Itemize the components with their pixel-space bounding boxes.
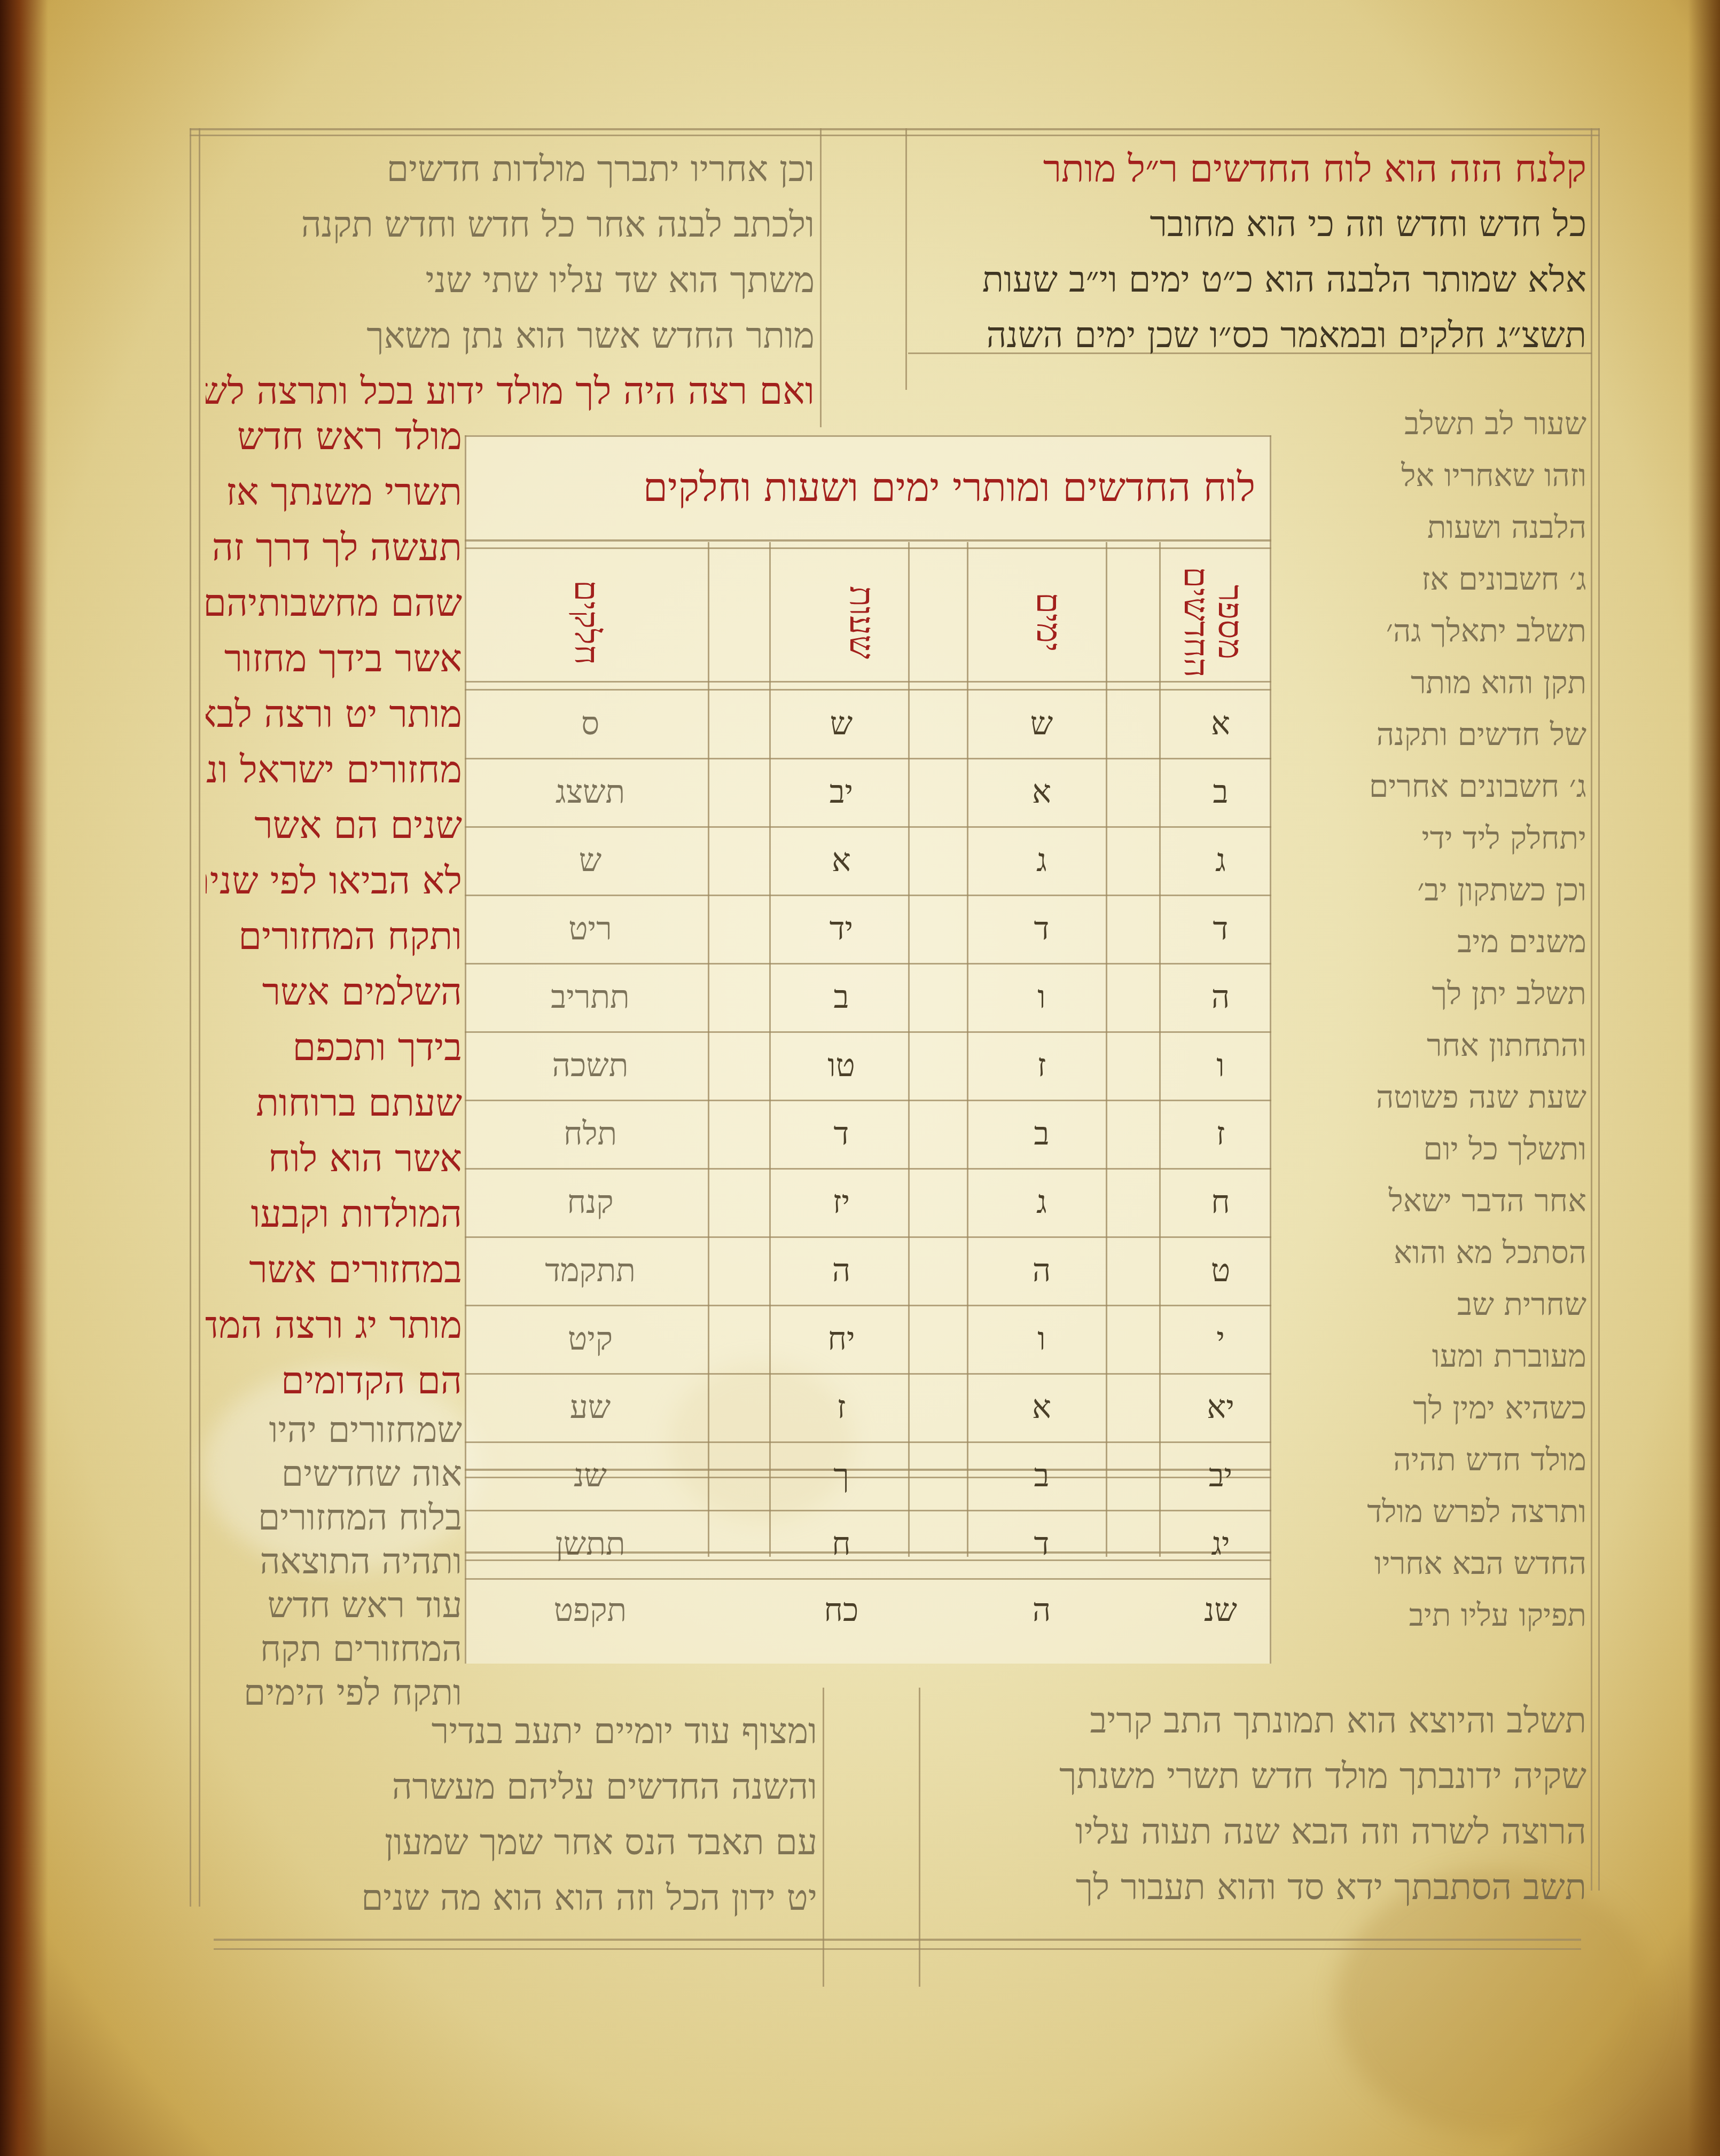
red-line: במחזורים אשר [206, 1242, 462, 1297]
red-line: בידך ותכפם [206, 1020, 462, 1075]
table-row: יויחקיט [465, 1307, 1271, 1375]
text-line: ג׳ חשבונים אחרים [1282, 761, 1586, 812]
row-divider [465, 963, 1271, 965]
cell-hours: ב [777, 978, 905, 1016]
text-line: אוה שחדשים [206, 1452, 462, 1496]
text-line: עם תאבד הנס אחר שמך שמעון [208, 1815, 817, 1870]
parchment-left-edge [0, 0, 48, 2156]
text-line: מותר החדש אשר הוא נתן משאך [206, 308, 815, 364]
cell-parts: שנ [475, 1457, 705, 1494]
frame-top-rule [190, 128, 1600, 130]
text-line: ותרצה לפרש מולד [1282, 1486, 1586, 1538]
cell-months: ח [1170, 1183, 1271, 1221]
text-line: וזהו שאחריו אל [1282, 450, 1586, 501]
cell-months: ז [1170, 1115, 1271, 1153]
text-line: בלוח המחזורים [206, 1496, 462, 1540]
cell-days: א [978, 773, 1106, 811]
row-divider [465, 895, 1271, 896]
top-left-text-block: וכן אחריו יתברך מולדות חדשים ולכתב לבנה … [206, 142, 815, 419]
row-divider [465, 1441, 1271, 1443]
cell-parts: קיט [475, 1320, 705, 1358]
text-line: שמחזורים יהיו [206, 1408, 462, 1452]
text-line: משנים מיב [1282, 916, 1586, 968]
text-line: ומצוף עוד יומיים יתעב בנדיר [208, 1704, 817, 1759]
text-line: וכן כשתקון יב׳ [1282, 864, 1586, 916]
cell-hours: יד [777, 910, 905, 947]
table-total-row: שנ ה כח תקפט [465, 1591, 1271, 1656]
frame-left-rule [190, 128, 191, 1907]
cell-parts: ריט [475, 910, 705, 947]
text-line: תשב הסתבתך ידא סד והוא תעבור לך [929, 1860, 1586, 1915]
text-line: והתחתון אחר [1282, 1020, 1586, 1071]
cell-months: יא [1170, 1389, 1271, 1426]
cell-months: ה [1170, 978, 1271, 1016]
table-row: זבדתלח [465, 1102, 1271, 1170]
red-line: שנים הם אשר [206, 797, 462, 853]
cell-months: ט [1170, 1252, 1271, 1289]
cell-hours: ך [777, 1457, 905, 1494]
cell-hours: טו [777, 1047, 905, 1084]
text-line: יתחלק ליד ידי [1282, 812, 1586, 864]
cell-hours: יח [777, 1320, 905, 1358]
cell-days: ג [978, 842, 1106, 879]
text-line: תשצ״ג חלקים ובמאמר כס״ו שכן ימים השנה [919, 308, 1586, 363]
header-top-rule-2 [465, 547, 1271, 549]
cell-parts: תתשן [475, 1525, 705, 1563]
cell-parts: ש [475, 842, 705, 879]
table-row: חגיזקנח [465, 1170, 1271, 1238]
cell-hours: ד [777, 1115, 905, 1153]
cell-days: ו [978, 1320, 1106, 1358]
red-line: המולדות וקבעו [206, 1186, 462, 1242]
text-line: שקיה ידונבתך מולד חדש תשרי משנתך [929, 1749, 1586, 1804]
text-line: הסתכל מא והוא [1282, 1227, 1586, 1279]
frame-right-rule-2 [1598, 128, 1600, 1891]
row-divider [465, 1168, 1271, 1170]
text-line: כשהיא ימין לך [1282, 1382, 1586, 1434]
table-row: יבבךשנ [465, 1444, 1271, 1512]
text-line: תשלב והיוצא הוא תמונתך התב קריב [929, 1693, 1586, 1749]
table-top-rule [465, 435, 1271, 437]
header-bottom-rule-2 [465, 689, 1271, 691]
text-line: ותשלך כל יום [1282, 1123, 1586, 1175]
red-line: תשרי משנתך אז [206, 464, 462, 520]
text-line: תקן והוא מותר [1282, 657, 1586, 709]
text-line: אלא שמותר הלבנה הוא כ״ט ימים וי״ב שעות [919, 252, 1586, 308]
red-line: תעשה לך דרך זה [206, 520, 462, 575]
text-line: מולד חדש תהיה [1282, 1434, 1586, 1486]
text-line: של חדשים ותקנה [1282, 709, 1586, 761]
total-hours: כח [777, 1591, 905, 1629]
cell-days: ז [978, 1047, 1106, 1084]
table-row: דדידריט [465, 897, 1271, 965]
cell-days: ה [978, 1252, 1106, 1289]
header-months: מספר החדשים [1189, 561, 1247, 684]
cell-months: יב [1170, 1457, 1271, 1494]
cell-days: ד [978, 1525, 1106, 1563]
table-row: אששס [465, 692, 1271, 760]
table-row: הובתתריב [465, 965, 1271, 1033]
cell-months: ג [1170, 842, 1271, 879]
right-column-text: שעור לב תשלב וזהו שאחריו אל הלבנה ושעות … [1282, 398, 1586, 1641]
text-line: יט ידון הכל וזה הוא הוא מה שנים [208, 1870, 817, 1926]
frame-bottom-rule-2 [214, 1948, 1581, 1950]
red-line: לא הביאו לפי שנים [206, 853, 462, 908]
top-right-heading: קלנח הזה הוא לוח החדשים ר״ל מותר [919, 142, 1586, 197]
header-top-rule [465, 539, 1271, 542]
text-line: וכן אחריו יתברך מולדות חדשים [206, 142, 815, 197]
cell-parts: תשצג [475, 773, 705, 811]
cell-hours: ש [777, 705, 905, 742]
header-hours: שעות [825, 561, 879, 684]
text-line: תשלב יתאלך גה׳ [1282, 605, 1586, 657]
table-row: באיבתשצג [465, 760, 1271, 828]
table-row: טההתתקמד [465, 1238, 1271, 1307]
cell-parts: תתריב [475, 978, 705, 1016]
table-row: גגאש [465, 828, 1271, 897]
top-divider-rule-2 [905, 128, 907, 390]
text-line: מעוברת ומעו [1282, 1330, 1586, 1382]
text-line: תשלב יתן לך [1282, 968, 1586, 1020]
red-line: מולד ראש חדש [206, 409, 462, 464]
top-right-text-block: קלנח הזה הוא לוח החדשים ר״ל מותר כל חדש … [919, 142, 1586, 363]
row-divider [465, 826, 1271, 828]
text-line: כל חדש וחדש וזה כי הוא מחובר [919, 197, 1586, 252]
cell-months: ד [1170, 910, 1271, 947]
frame-right-rule [1591, 128, 1592, 1891]
row-divider [465, 1510, 1271, 1511]
table-title: לוח החדשים ומותרי ימים ושעות וחלקים [481, 465, 1255, 529]
bottom-right-text-block: תשלב והיוצא הוא תמונתך התב קריב שקיה ידו… [929, 1693, 1586, 1915]
cell-parts: תלח [475, 1115, 705, 1153]
cell-days: ש [978, 705, 1106, 742]
text-line: שעור לב תשלב [1282, 398, 1586, 450]
bottom-left-text-block: ומצוף עוד יומיים יתעב בנדיר והשנה החדשים… [208, 1704, 817, 1926]
red-line: שהם מחשבותיהם פה [206, 575, 462, 631]
row-divider [465, 1100, 1271, 1101]
red-line: מותר יט ורצה לבא [206, 686, 462, 742]
cell-days: ג [978, 1183, 1106, 1221]
cell-hours: יב [777, 773, 905, 811]
text-line: אחר הדבר ישאל [1282, 1175, 1586, 1227]
cell-hours: ה [777, 1252, 905, 1289]
row-divider [465, 1578, 1271, 1580]
red-line: השלמים אשר [206, 964, 462, 1020]
parchment-right-edge [1688, 0, 1720, 2156]
cell-hours: יז [777, 1183, 905, 1221]
cell-hours: א [777, 842, 905, 879]
text-line: תפיקו עליו תיב [1282, 1589, 1586, 1641]
text-line: ותהיה התוצאה [206, 1540, 462, 1583]
cell-hours: ח [777, 1525, 905, 1563]
red-line: שעתם ברוחות [206, 1075, 462, 1131]
text-line: הרוצה לשרה וזה הבא שנה תעוה עליו [929, 1804, 1586, 1860]
cell-parts: תשכה [475, 1047, 705, 1084]
row-divider [465, 1031, 1271, 1033]
cell-parts: קנח [475, 1183, 705, 1221]
row-divider [465, 1305, 1271, 1306]
cell-parts: ס [475, 705, 705, 742]
cell-parts: תתקמד [475, 1252, 705, 1289]
top-divider-rule [820, 128, 822, 427]
text-line: והשנה החדשים עליהם מעשרה [208, 1759, 817, 1815]
cell-months: ו [1170, 1047, 1271, 1084]
cell-days: א [978, 1389, 1106, 1426]
frame-bottom-rule [214, 1939, 1581, 1941]
text-line: המחזורים תקח [206, 1627, 462, 1671]
row-divider [465, 758, 1271, 759]
text-line: הלבנה ושעות [1282, 501, 1586, 553]
cell-months: ב [1170, 773, 1271, 811]
header-parts: חלקים [550, 561, 604, 684]
text-line: עוד ראש חדש [206, 1583, 462, 1627]
table-row: יאאזשע [465, 1375, 1271, 1444]
text-line: משתך הוא שד עליו שתי שני [206, 253, 815, 308]
red-line: ותקח המחזורים [206, 908, 462, 964]
frame-left-rule-2 [199, 128, 200, 1907]
row-divider [465, 1236, 1271, 1238]
table-row: וזטותשכה [465, 1033, 1271, 1102]
cell-months: יג [1170, 1525, 1271, 1563]
header-days: ימים [1012, 561, 1066, 684]
cell-days: ו [978, 978, 1106, 1016]
cell-days: ב [978, 1115, 1106, 1153]
red-line: מותר יג ורצה המחזו [206, 1297, 462, 1353]
total-months: שנ [1170, 1591, 1271, 1629]
bottom-divider-rule-2 [919, 1688, 920, 1987]
row-divider [465, 1373, 1271, 1375]
cell-months: א [1170, 705, 1271, 742]
red-line: מחזורים ישראל ונעה [206, 742, 462, 797]
cell-hours: ז [777, 1389, 905, 1426]
cell-days: ב [978, 1457, 1106, 1494]
red-line: הם הקדומים [206, 1353, 462, 1408]
frame-top-rule-2 [190, 135, 1600, 136]
total-parts: תקפט [475, 1591, 705, 1629]
text-line: שעת שנה פשוטה [1282, 1071, 1586, 1123]
text-line: החדש הבא אחריו [1282, 1538, 1586, 1589]
left-column-text: מולד ראש חדש תשרי משנתך אז תעשה לך דרך ז… [206, 409, 462, 1715]
cell-months: י [1170, 1320, 1271, 1358]
cell-parts: שע [475, 1389, 705, 1426]
table-row: יגדחתתשן [465, 1512, 1271, 1580]
text-line: ג׳ חשבונים אז [1282, 553, 1586, 605]
bottom-divider-rule [823, 1688, 824, 1987]
text-line: שחרית שב [1282, 1279, 1586, 1330]
red-line: אשר בידך מחזור [206, 631, 462, 686]
text-line: ולכתב לבנה אחר כל חדש וחדש תקנה [206, 197, 815, 253]
red-line: אשר הוא לוח [206, 1131, 462, 1186]
total-days: ה [978, 1591, 1106, 1629]
cell-days: ד [978, 910, 1106, 947]
